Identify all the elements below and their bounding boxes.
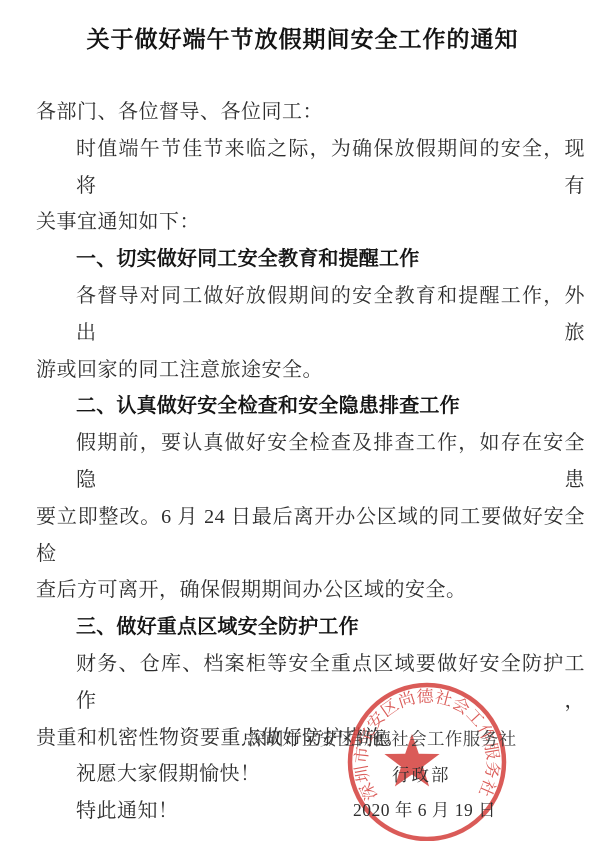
body-line: 要立即整改。6 月 24 日最后离开办公区域的同工要做好安全检 [36,499,585,573]
body-line: 各督导对同工做好放假期间的安全教育和提醒工作，外出旅 [36,278,585,352]
body-line: 游或回家的同工注意旅途安全。 [36,352,585,389]
closing-organization: 深圳市宝安区尚德社会工作服务社 [248,726,517,751]
body-line: 查后方可离开，确保假期期间办公区域的安全。 [36,572,585,609]
closing-department: 行政部 [392,762,451,787]
document-title: 关于做好端午节放假期间安全工作的通知 [0,21,605,54]
body-line: 关事宜通知如下： [36,204,585,241]
body-line: 假期前，要认真做好安全检查及排查工作，如存在安全隐患 [36,425,585,499]
body-line: 各部门、各位督导、各位同工： [36,94,585,131]
section-heading: 一、切实做好同工安全教育和提醒工作 [36,241,585,278]
body-line: 时值端午节佳节来临之际，为确保放假期间的安全，现将有 [36,131,585,205]
section-heading: 二、认真做好安全检查和安全隐患排查工作 [36,388,585,425]
closing-date: 2020 年 6 月 19 日 [353,797,496,822]
notice-document-page: 关于做好端午节放假期间安全工作的通知 各部门、各位督导、各位同工：时值端午节佳节… [0,0,605,841]
section-heading: 三、做好重点区域安全防护工作 [36,609,585,646]
